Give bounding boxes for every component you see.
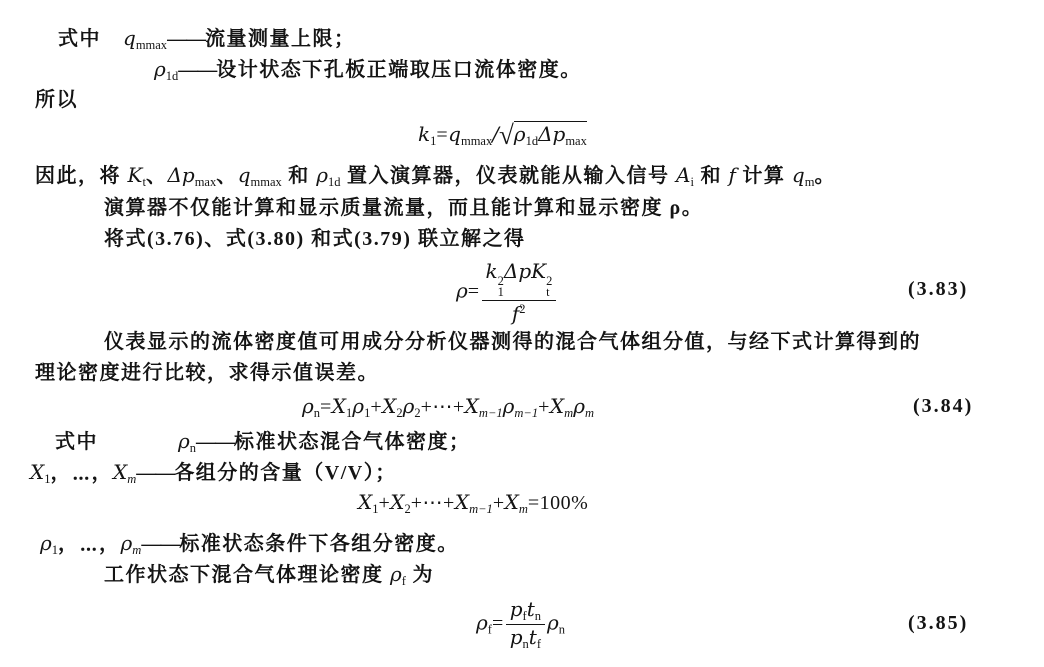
def-lead: 式中: [55, 431, 98, 453]
plus-sign: +: [538, 396, 550, 418]
equation-number-384: (3.84): [913, 395, 973, 418]
plus-sign: +: [379, 492, 391, 514]
equation-385: ρf=pftnpntfρn: [476, 598, 565, 652]
equals-sign: =: [320, 396, 332, 418]
denominator: f2: [482, 301, 557, 327]
ellipsis-terms: +⋯+: [411, 492, 455, 514]
equation-383: ρ=k21ΔpK2tf2: [456, 260, 558, 326]
definition-line-rho1d: ρ1d——设计状态下孔板正端取压口流体密度。: [154, 58, 582, 83]
def-text: 流量测量上限；: [205, 28, 356, 50]
value-100-percent: 100%: [540, 492, 589, 514]
paragraph-gongzuo: 工作状态下混合气体理论密度 ρf 为: [104, 563, 434, 588]
sup-sub-stack: 2t: [546, 276, 552, 299]
paragraph-yibiao: 仪表显示的流体密度值可用成分分析仪器测得的混合气体组分值，与经下式计算得到的: [104, 331, 921, 354]
equation-sum-100: X1+X2+⋯+Xm−1+Xm=100%: [358, 491, 588, 516]
numerator: k21ΔpK2t: [482, 260, 557, 301]
fraction: pftnpntf: [506, 598, 545, 652]
def-text: 标准状态混合气体密度；: [234, 431, 471, 453]
equals-sign: =: [436, 124, 448, 146]
equation-k1: k1=qmmax/√ρ1dΔpmax: [418, 120, 587, 151]
denominator: pntf: [506, 625, 545, 651]
def-text: 标准状态条件下各组分密度。: [179, 533, 459, 555]
slash: /: [492, 122, 499, 146]
definition-line-x: X1，⋯，Xm——各组分的含量（V/V）；: [30, 461, 397, 486]
paragraph-lilun: 理论密度进行比较，求得示值误差。: [35, 362, 379, 385]
document-page: 式中qmmax——流量测量上限； ρ1d——设计状态下孔板正端取压口流体密度。 …: [0, 0, 1044, 667]
plus-sign: +: [493, 492, 505, 514]
equals-sign: =: [492, 612, 504, 634]
def-text: 各组分的含量（V/V）；: [174, 462, 396, 484]
equation-384: ρn=X1ρ1+X2ρ2+⋯+Xm−1ρm−1+Xmρm: [302, 395, 594, 420]
em-dash: ——: [167, 28, 205, 50]
fraction: k21ΔpK2tf2: [482, 260, 557, 326]
numerator: pftn: [506, 598, 545, 625]
plus-sign: +: [370, 396, 382, 418]
ellipsis-terms: +⋯+: [421, 396, 465, 418]
definition-line-rhon: 式中ρn——标准状态混合气体密度；: [55, 430, 471, 455]
radicand: ρ1dΔpmax: [514, 121, 587, 146]
equation-number-385: (3.85): [908, 612, 968, 635]
equation-number-383: (3.83): [908, 278, 968, 301]
em-dash: ——: [136, 462, 174, 484]
paragraph-suoyi: 所以: [35, 89, 78, 112]
def-lead: 式中: [58, 28, 101, 50]
paragraph-jiangshi: 将式(3.76)、式(3.80) 和式(3.79) 联立解之得: [104, 228, 525, 251]
equals-sign: =: [468, 281, 480, 303]
paragraph-yinci: 因此，将 Kt、Δpmax、qmmax 和 ρ1d 置入演算器，仪表就能从输入信…: [35, 164, 836, 189]
definition-line-rho-components: ρ1，⋯，ρm——标准状态条件下各组分密度。: [40, 532, 459, 557]
em-dash: ——: [178, 59, 216, 81]
radical-sign: √: [499, 120, 514, 150]
def-text: 设计状态下孔板正端取压口流体密度。: [216, 59, 582, 81]
paragraph-yansuan: 演算器不仅能计算和显示质量流量，而且能计算和显示密度 ρ。: [104, 197, 703, 220]
equals-sign: =: [528, 492, 540, 514]
em-dash: ——: [196, 431, 234, 453]
definition-line-qmmax: 式中qmmax——流量测量上限；: [58, 27, 356, 52]
em-dash: ——: [141, 533, 179, 555]
